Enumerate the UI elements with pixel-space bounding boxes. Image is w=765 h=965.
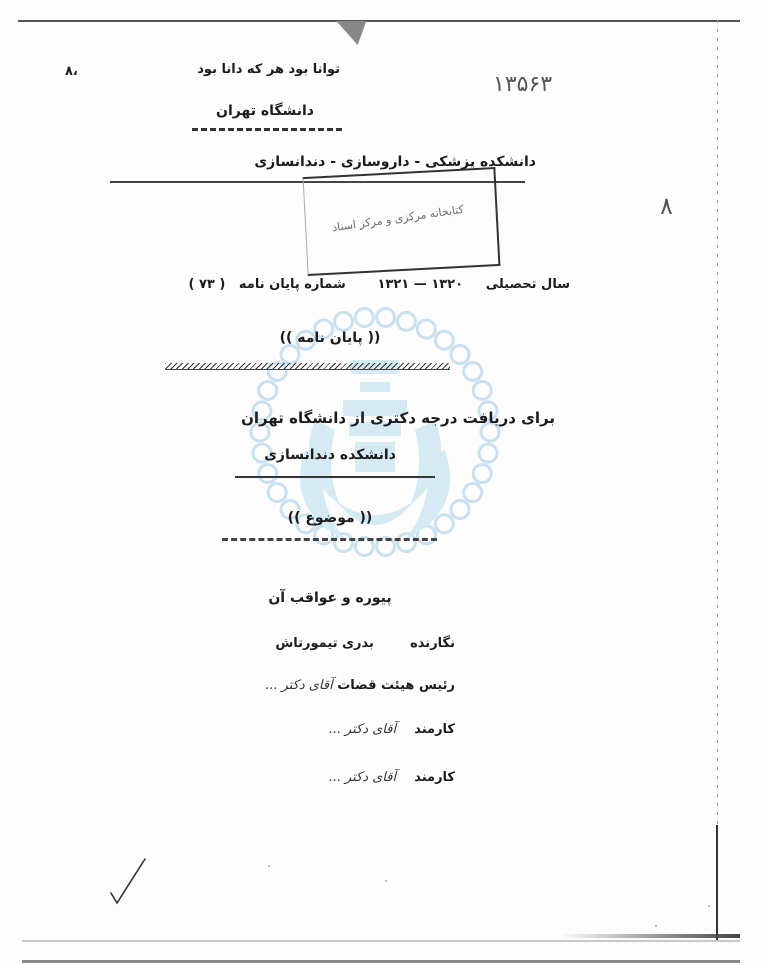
university-underline	[192, 128, 342, 131]
paper-speck	[655, 925, 657, 927]
subject-underline	[222, 538, 437, 541]
committee-chair-signature: آقای دکتر ...	[265, 678, 333, 693]
thesis-number-value: ( ۷۳ )	[189, 277, 226, 292]
page-right-edge	[717, 20, 718, 940]
committee-member-1-label: کارمند	[414, 722, 455, 737]
page-top-border	[18, 20, 740, 22]
viewer-bottom-border	[22, 960, 740, 963]
page-bottom-shadow	[560, 934, 740, 938]
motto-text: توانا بود هر که دانا بود	[250, 62, 340, 77]
paper-speck	[385, 880, 387, 882]
author-label: نگارنده	[410, 636, 455, 651]
page-bottom-border	[22, 940, 740, 942]
thesis-heading-underline	[165, 363, 450, 370]
academic-year-value: ۱۳۲۰ — ۱۳۲۱	[378, 277, 464, 292]
faculty-name-underline	[235, 476, 435, 478]
paper-speck	[708, 905, 710, 907]
paper-speck	[268, 865, 270, 867]
committee-member-2-row: کارمند آقای دکتر ...	[240, 770, 455, 785]
torn-paper-corner	[328, 21, 367, 45]
committee-member-2-label: کارمند	[414, 770, 455, 785]
thesis-title: پیوره و عواقب آن	[200, 590, 460, 606]
committee-member-1-row: کارمند آقای دکتر ...	[240, 722, 455, 737]
thesis-heading: (( پایان نامه ))	[180, 330, 480, 346]
scanned-document-page: توانا بود هر که دانا بود ۸، ۱۳۵۶۳ دانشگا…	[0, 0, 765, 965]
author-name: بدری تیمورتاش	[275, 636, 374, 651]
subject-heading: (( موضوع ))	[185, 510, 475, 526]
degree-statement: برای دریافت درجه دکتری از دانشگاه تهران	[70, 409, 555, 427]
academic-year-label: سال تحصیلی	[486, 277, 570, 292]
author-row: نگارنده بدری تیمورتاش	[205, 636, 455, 651]
motto-number: ۸،	[65, 64, 78, 79]
checkmark-icon	[105, 855, 155, 910]
archive-number: ۱۳۵۶۳	[493, 72, 552, 97]
thesis-number-label: شماره پایان نامه	[239, 277, 346, 292]
page-right-edge-shadow	[716, 825, 718, 940]
committee-chair-row: رئیس هیئت قضات آقای دکتر ...	[240, 678, 455, 693]
university-name: دانشگاه تهران	[200, 103, 330, 119]
committee-member-1-signature: آقای دکتر ...	[328, 722, 396, 737]
academic-year-row: سال تحصیلی ۱۳۲۰ — ۱۳۲۱ شماره پایان نامه …	[50, 277, 570, 292]
committee-chair-label: رئیس هیئت قضات	[337, 678, 455, 693]
handwritten-page-mark: ۸	[660, 192, 673, 220]
faculty-name: دانشکده دندانسازی	[220, 447, 440, 463]
committee-member-2-signature: آقای دکتر ...	[328, 770, 396, 785]
